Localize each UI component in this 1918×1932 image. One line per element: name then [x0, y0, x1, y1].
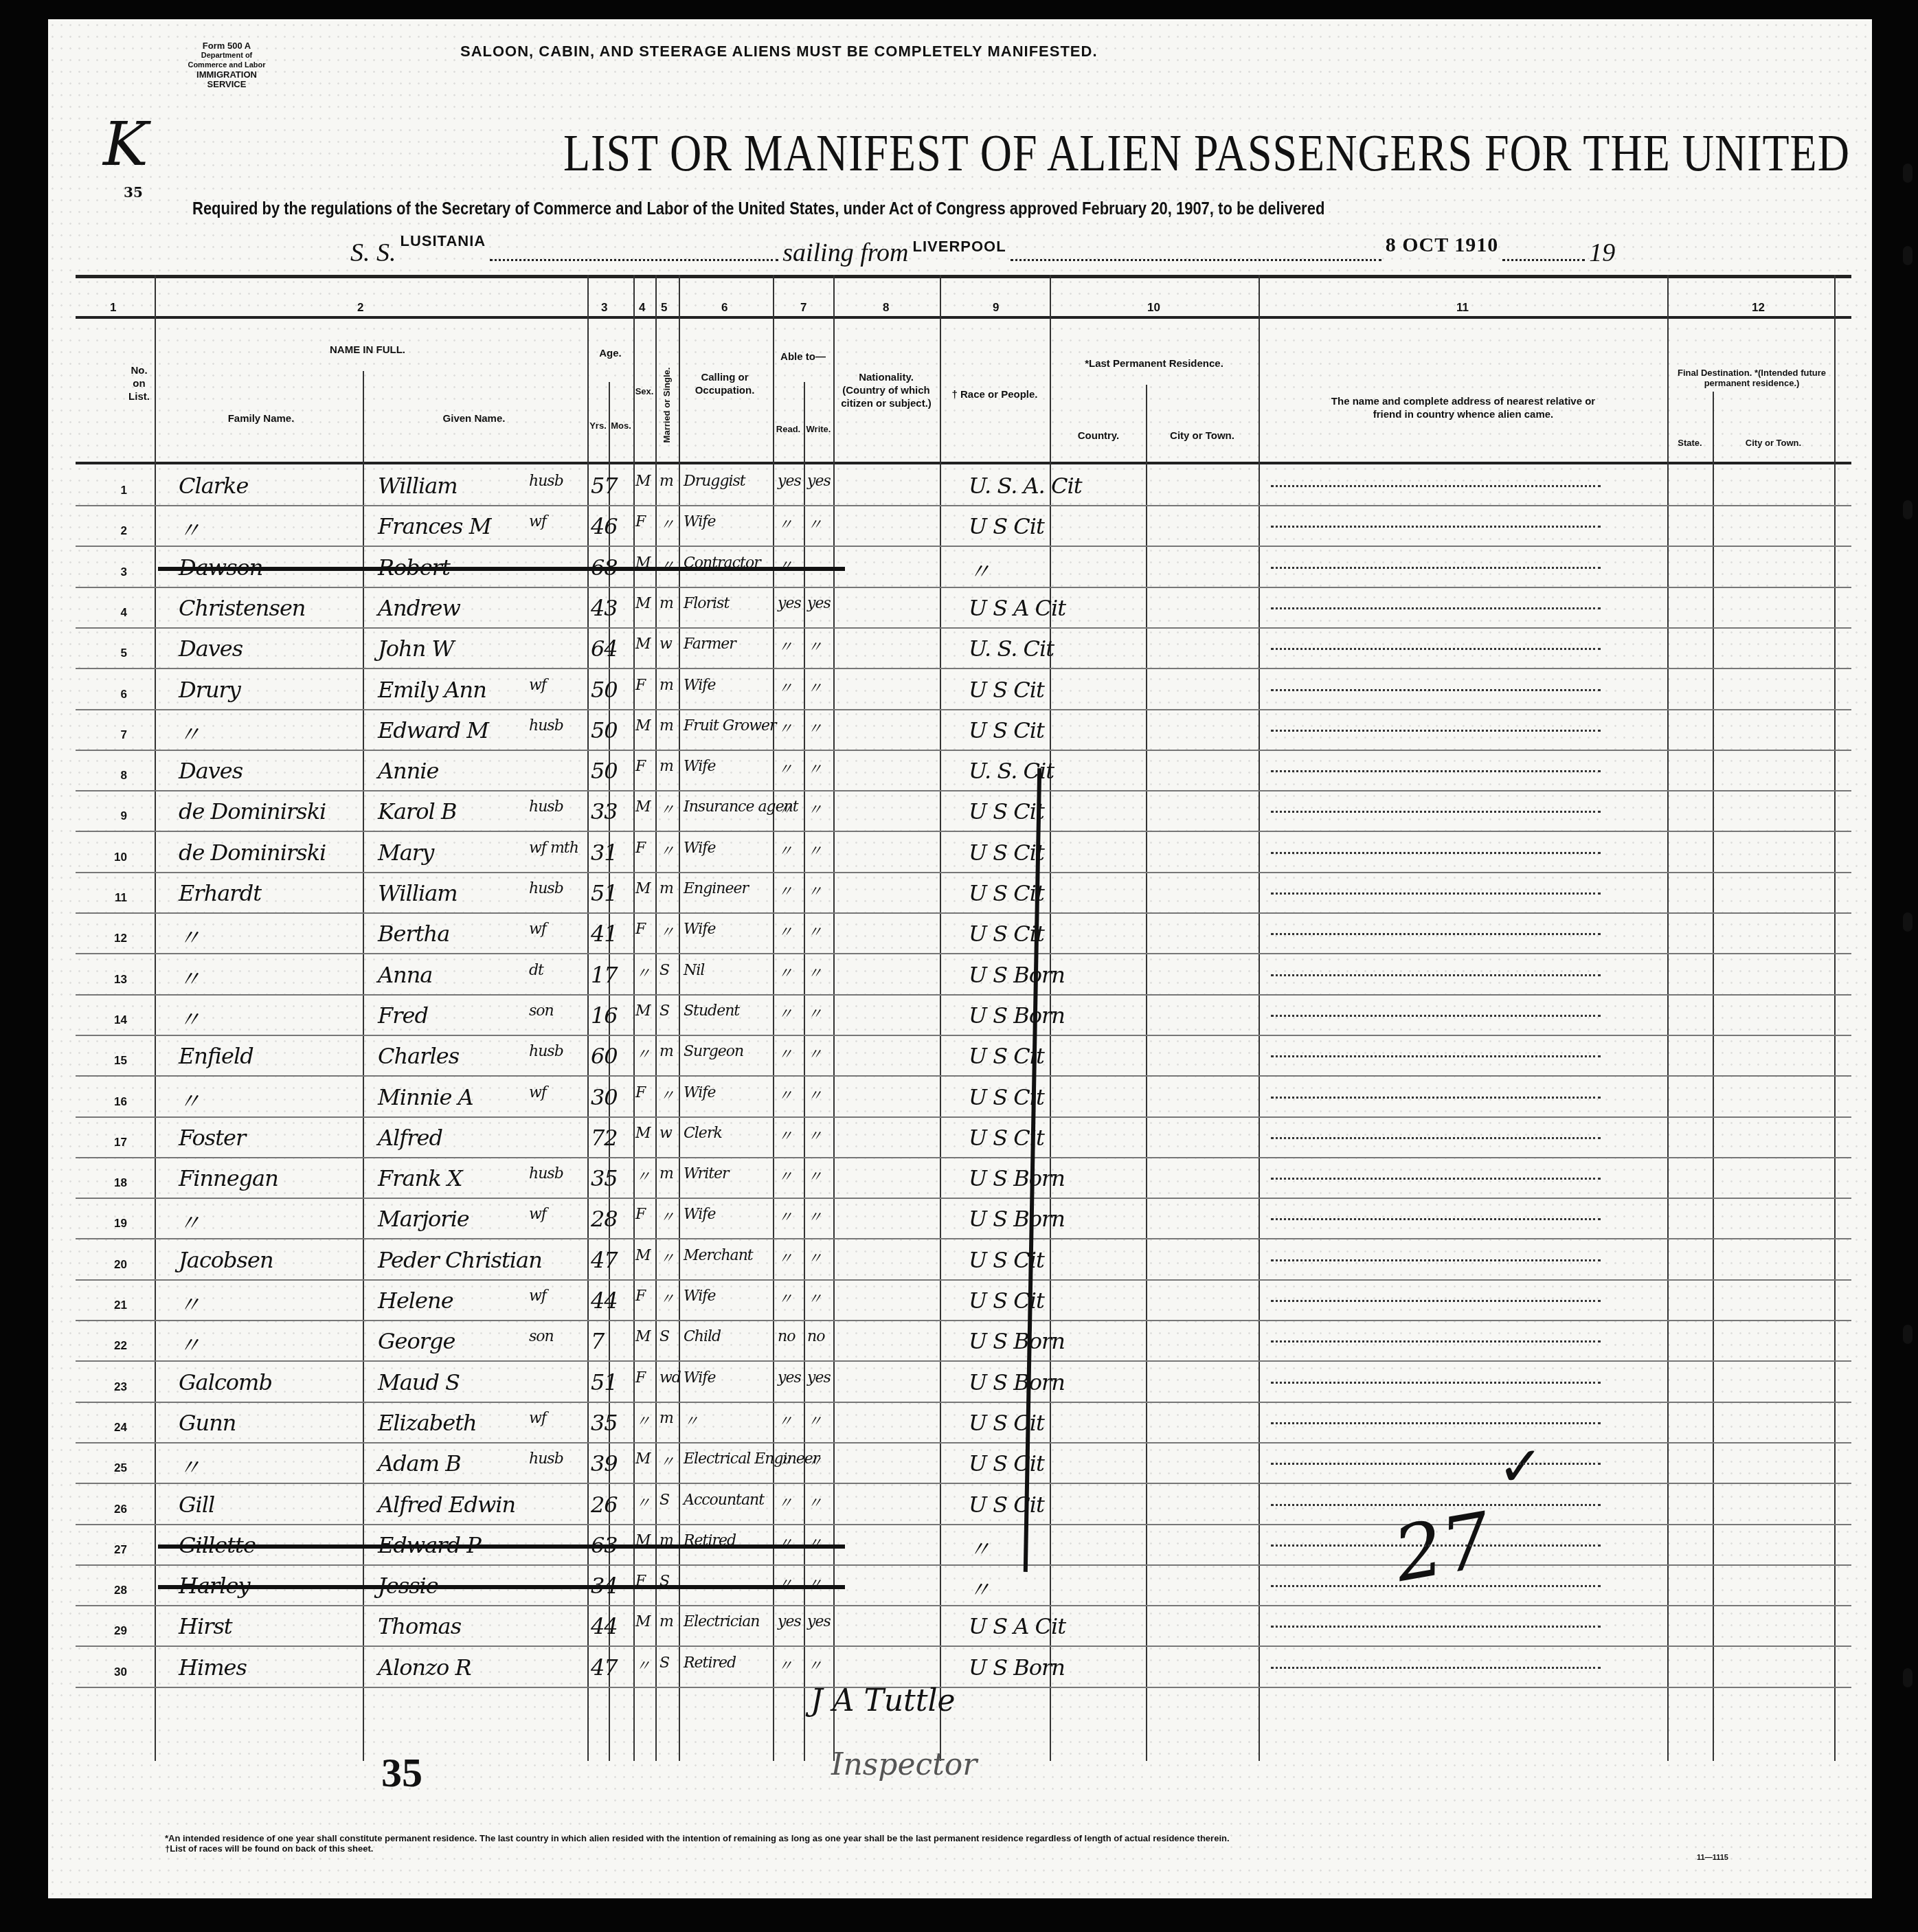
given-name: Peder Christian — [378, 1247, 542, 1273]
can-read: 〃 — [778, 1532, 792, 1553]
can-write: yes — [807, 595, 831, 612]
sex: M — [635, 636, 651, 653]
header-able-to: Able to— — [773, 350, 833, 363]
marital-status: m — [659, 473, 673, 490]
can-write: 〃 — [807, 962, 822, 983]
sex: 〃 — [635, 962, 650, 983]
row-number: 10 — [82, 851, 127, 864]
can-read: yes — [778, 1369, 801, 1386]
can-write: 〃 — [807, 1492, 822, 1513]
family-name: 〃 — [179, 921, 200, 952]
relative-address-line — [1271, 811, 1601, 813]
can-read: 〃 — [778, 717, 792, 739]
margin-number-mark: 35 — [124, 184, 143, 201]
sex: F — [635, 1084, 645, 1101]
print-code: 11—1115 — [1697, 1854, 1728, 1862]
marital-status: 〃 — [659, 1206, 674, 1227]
marital-status: 〃 — [659, 1247, 674, 1268]
relationship: son — [529, 1002, 554, 1020]
ship-name: LUSITANIA — [400, 232, 486, 250]
row-number: 20 — [82, 1258, 127, 1272]
marital-status: S — [659, 1002, 669, 1020]
can-write: 〃 — [807, 513, 822, 535]
given-name: Maud S — [378, 1369, 460, 1395]
can-read: 〃 — [778, 840, 792, 861]
can-write: 〃 — [807, 1084, 822, 1105]
given-name: Marjorie — [378, 1206, 469, 1232]
can-read: 〃 — [778, 798, 792, 820]
given-name: Annie — [378, 758, 439, 784]
marital-status: m — [659, 1410, 673, 1427]
given-name: Frank X — [378, 1165, 462, 1191]
sailing-from-label: sailing from — [782, 238, 908, 268]
relative-address-line — [1271, 852, 1601, 854]
occupation: Wife — [684, 1206, 715, 1223]
marital-status: m — [659, 1613, 673, 1630]
can-read: no — [778, 1328, 795, 1345]
can-read: 〃 — [778, 554, 792, 576]
row-number: 14 — [82, 1013, 127, 1027]
sex: F — [635, 758, 645, 775]
family-name: Clarke — [179, 473, 248, 499]
family-name: 〃 — [179, 1288, 200, 1319]
can-write: 〃 — [807, 1573, 822, 1594]
nationality: U S A Cit — [969, 1613, 1065, 1639]
nationality: U S Cit — [969, 1450, 1044, 1476]
can-read: yes — [778, 595, 801, 612]
row-number: 22 — [82, 1339, 127, 1353]
header-nationality: Nationality. (Country of which citizen o… — [838, 371, 934, 410]
can-read: 〃 — [778, 880, 792, 901]
can-read: 〃 — [778, 758, 792, 779]
can-write: no — [807, 1328, 824, 1345]
can-write: 〃 — [807, 1043, 822, 1064]
relative-address-line — [1271, 526, 1601, 528]
can-read: 〃 — [778, 636, 792, 657]
header-top-rule — [76, 275, 1851, 278]
departure-port: LIVERPOOL — [913, 238, 1006, 256]
relative-address-line — [1271, 730, 1601, 732]
age-years: 41 — [591, 921, 618, 947]
given-name: Charles — [378, 1043, 459, 1069]
header-read: Read. — [773, 423, 804, 436]
sex: M — [635, 1450, 651, 1468]
can-read: 〃 — [778, 677, 792, 698]
can-read: 〃 — [778, 1165, 792, 1187]
can-read: 〃 — [778, 1654, 792, 1676]
year-suffix: 19 — [1589, 238, 1615, 268]
family-name: Daves — [179, 636, 242, 662]
form-department: Department of Commerce and Labor — [182, 51, 271, 70]
header-residence-country: Country. — [1051, 429, 1146, 442]
relative-address-line — [1271, 974, 1601, 976]
binding-hole — [1903, 500, 1913, 519]
header-write: Write. — [804, 423, 833, 436]
strikethrough-line — [158, 1545, 845, 1549]
colnum-rule — [76, 316, 1851, 319]
sex: F — [635, 677, 645, 694]
can-write: 〃 — [807, 1002, 822, 1024]
passenger-tally: 27 — [1388, 1496, 1498, 1599]
footer-note-races: †List of races will be found on back of … — [165, 1843, 1230, 1854]
can-read: yes — [778, 1613, 801, 1630]
nationality: U S Cit — [969, 921, 1044, 947]
row-number: 3 — [82, 565, 127, 579]
marital-status: wd — [659, 1369, 681, 1386]
marital-status: w — [659, 636, 672, 653]
family-name: Gill — [179, 1492, 214, 1518]
nationality: U S Cit — [969, 840, 1044, 866]
ship-name-underline — [490, 255, 778, 261]
regulation-statement: Required by the regulations of the Secre… — [192, 199, 1324, 219]
form-service: IMMIGRATION SERVICE — [182, 70, 271, 89]
given-name: William — [378, 473, 458, 499]
header-calling-occupation: Calling or Occupation. — [694, 371, 756, 397]
sex: M — [635, 880, 651, 897]
can-read: 〃 — [778, 1084, 792, 1105]
given-name: Anna — [378, 962, 432, 988]
occupation: Electrician — [684, 1613, 759, 1630]
given-name: Alfred — [378, 1125, 442, 1151]
header-dest-state: State. — [1667, 436, 1713, 449]
can-write: 〃 — [807, 1165, 822, 1187]
given-name: Edward M — [378, 717, 488, 743]
departure-date-stamp: 8 OCT 1910 — [1386, 234, 1498, 257]
marital-status: m — [659, 717, 673, 734]
family-name: 〃 — [179, 1206, 200, 1237]
check-mark-icon: ✓ — [1498, 1435, 1544, 1498]
age-years: 60 — [591, 1043, 618, 1069]
given-name: Adam B — [378, 1450, 461, 1476]
age-years: 47 — [591, 1247, 618, 1273]
marital-status: 〃 — [659, 513, 674, 535]
header-race: † Race or People. — [941, 388, 1048, 401]
nationality: U S Born — [969, 1654, 1065, 1681]
sex: M — [635, 1002, 651, 1020]
given-name: Alonzo R — [378, 1654, 471, 1681]
relationship: wf — [529, 1084, 546, 1101]
age-years: 50 — [591, 717, 618, 743]
sex: F — [635, 1369, 645, 1386]
relationship: husb — [529, 473, 563, 490]
row-number: 21 — [82, 1299, 127, 1312]
can-read: 〃 — [778, 1206, 792, 1227]
strikethrough-line — [158, 1585, 845, 1589]
inspector-title: Inspector — [831, 1747, 977, 1782]
relative-address-line — [1271, 1585, 1601, 1587]
row-number: 15 — [82, 1054, 127, 1068]
family-name: Finnegan — [179, 1165, 278, 1191]
age-years: 47 — [591, 1654, 618, 1681]
nationality: U S Born — [969, 962, 1065, 988]
header-no-on-list: No. on List. — [124, 364, 155, 403]
family-name: Daves — [179, 758, 242, 784]
row-number: 19 — [82, 1217, 127, 1231]
occupation: Writer — [684, 1165, 729, 1182]
marital-status: m — [659, 1043, 673, 1060]
nationality: 〃 — [969, 1532, 990, 1564]
age-years: 31 — [591, 840, 618, 866]
sex: M — [635, 1613, 651, 1630]
given-name: Elizabeth — [378, 1410, 477, 1436]
binding-hole — [1903, 164, 1913, 183]
sex: F — [635, 921, 645, 938]
age-years: 33 — [591, 798, 618, 824]
can-read: 〃 — [778, 1410, 792, 1431]
binding-hole — [1903, 1325, 1913, 1344]
family-name: Erhardt — [179, 880, 261, 906]
can-read: 〃 — [778, 1450, 792, 1472]
sex: F — [635, 1288, 645, 1305]
family-name: de Dominirski — [179, 798, 326, 824]
nationality: U S Cit — [969, 1288, 1044, 1314]
column-number: 7 — [800, 301, 806, 315]
family-name: 〃 — [179, 1084, 200, 1116]
given-name: Andrew — [378, 595, 460, 621]
row-number: 4 — [82, 606, 127, 620]
relationship: son — [529, 1328, 554, 1345]
document-title: LIST OR MANIFEST OF ALIEN PASSENGERS FOR… — [563, 122, 1850, 183]
marital-status: 〃 — [659, 1084, 674, 1105]
can-read: 〃 — [778, 1002, 792, 1024]
column-number: 12 — [1752, 301, 1765, 315]
relationship: wf — [529, 1206, 546, 1223]
given-name: Bertha — [378, 921, 449, 947]
nationality: U S Born — [969, 1206, 1065, 1232]
relative-address-line — [1271, 892, 1601, 895]
nationality: U. S. Cit — [969, 636, 1054, 662]
row-number: 26 — [82, 1503, 127, 1516]
relative-address-line — [1271, 1137, 1601, 1139]
footer-note-residence: *An intended residence of one year shall… — [165, 1833, 1230, 1843]
marital-status: 〃 — [659, 554, 674, 576]
family-name: Galcomb — [179, 1369, 272, 1395]
occupation: Electrical Engineer — [684, 1450, 819, 1468]
column-number: 3 — [601, 301, 607, 315]
relationship: wf — [529, 513, 546, 530]
nationality: U S Born — [969, 1165, 1065, 1191]
nationality: U S A Cit — [969, 595, 1065, 621]
occupation: Wife — [684, 513, 715, 530]
column-number: 10 — [1147, 301, 1160, 315]
given-name: Helene — [378, 1288, 453, 1314]
age-years: 50 — [591, 758, 618, 784]
relative-address-line — [1271, 1504, 1601, 1506]
age-years: 46 — [591, 513, 618, 539]
family-name: 〃 — [179, 962, 200, 993]
sex: M — [635, 798, 651, 816]
relationship: husb — [529, 1450, 563, 1468]
occupation: Merchant — [684, 1247, 753, 1264]
can-read: 〃 — [778, 1573, 792, 1594]
margin-letter-mark: K — [103, 109, 148, 179]
relative-address-line — [1271, 607, 1601, 609]
strikethrough-line — [158, 567, 845, 571]
relative-address-line — [1271, 1422, 1601, 1424]
age-years: 28 — [591, 1206, 618, 1232]
relative-address-line — [1271, 1667, 1601, 1669]
marital-status: m — [659, 758, 673, 775]
can-write: 〃 — [807, 1654, 822, 1676]
occupation: Child — [684, 1328, 721, 1345]
can-read: 〃 — [778, 1043, 792, 1064]
occupation: 〃 — [684, 1410, 698, 1431]
given-name: Frances M — [378, 513, 490, 539]
family-name: Jacobsen — [179, 1247, 273, 1273]
relative-address-line — [1271, 1055, 1601, 1057]
given-name: William — [378, 880, 458, 906]
occupation: Surgeon — [684, 1043, 743, 1060]
relative-address-line — [1271, 1259, 1601, 1261]
sex: 〃 — [635, 1165, 650, 1187]
age-years: 51 — [591, 1369, 618, 1395]
row-number: 17 — [82, 1136, 127, 1149]
age-years: 64 — [591, 636, 618, 662]
header-mos: Mos. — [609, 419, 633, 432]
can-write: 〃 — [807, 636, 822, 657]
sex: F — [635, 1206, 645, 1223]
nationality: U S Cit — [969, 1492, 1044, 1518]
header-age: Age. — [587, 347, 633, 360]
relationship: wf mth — [529, 840, 578, 857]
nationality: U S Born — [969, 1369, 1065, 1395]
given-name: Mary — [378, 840, 433, 866]
occupation: Engineer — [684, 880, 748, 897]
nationality: U S Cit — [969, 717, 1044, 743]
can-write: yes — [807, 1613, 831, 1630]
header-residence-city: City or Town. — [1146, 429, 1259, 442]
sex: M — [635, 1247, 651, 1264]
row-number: 8 — [82, 769, 127, 783]
marital-status: 〃 — [659, 1288, 674, 1309]
can-read: 〃 — [778, 1288, 792, 1309]
date-underline — [1502, 255, 1585, 261]
can-read: yes — [778, 473, 801, 490]
can-write: 〃 — [807, 1410, 822, 1431]
binding-hole — [1903, 912, 1913, 932]
can-write: 〃 — [807, 758, 822, 779]
header-dest-city: City or Town. — [1713, 436, 1834, 449]
family-name: 〃 — [179, 1450, 200, 1482]
family-name: Himes — [179, 1654, 247, 1681]
occupation: Clerk — [684, 1125, 722, 1142]
occupation: Retired — [684, 1654, 736, 1672]
column-number: 1 — [110, 301, 116, 315]
header-family-name: Family Name. — [192, 412, 330, 425]
given-name: Thomas — [378, 1613, 461, 1639]
row-number: 6 — [82, 688, 127, 701]
can-write: 〃 — [807, 840, 822, 861]
age-years: 17 — [591, 962, 618, 988]
can-read: 〃 — [778, 1247, 792, 1268]
form-number: Form 500 A — [182, 41, 271, 51]
form-identifier: Form 500 A Department of Commerce and La… — [182, 41, 271, 89]
column-number: 4 — [639, 301, 645, 315]
row-number: 28 — [82, 1584, 127, 1597]
sex: 〃 — [635, 1410, 650, 1431]
age-years: 57 — [591, 473, 618, 499]
age-years: 26 — [591, 1492, 618, 1518]
can-write: 〃 — [807, 798, 822, 820]
occupation: Farmer — [684, 636, 736, 653]
age-years: 43 — [591, 595, 618, 621]
family-name: Drury — [179, 677, 240, 703]
header-final-destination: Final Destination. *(Intended future per… — [1676, 368, 1827, 388]
sex: 〃 — [635, 1654, 650, 1676]
given-name: Fred — [378, 1002, 428, 1029]
row-number: 16 — [82, 1095, 127, 1109]
occupation: Wife — [684, 758, 715, 775]
row-number: 18 — [82, 1176, 127, 1190]
footer-notes: *An intended residence of one year shall… — [165, 1833, 1230, 1854]
given-name: Alfred Edwin — [378, 1492, 515, 1518]
can-write: 〃 — [807, 1532, 822, 1553]
row-number: 24 — [82, 1421, 127, 1435]
occupation: Florist — [684, 595, 729, 612]
given-name: Minnie A — [378, 1084, 473, 1110]
row-number: 30 — [82, 1665, 127, 1679]
occupation: Wife — [684, 1369, 715, 1386]
family-name: 〃 — [179, 513, 200, 545]
given-name: George — [378, 1328, 455, 1354]
given-name: Emily Ann — [378, 677, 486, 703]
relationship: wf — [529, 677, 546, 694]
relative-address-line — [1271, 1626, 1601, 1628]
sex: 〃 — [635, 1043, 650, 1064]
age-years: 44 — [591, 1288, 618, 1314]
relationship: wf — [529, 1410, 546, 1427]
family-name: Enfield — [179, 1043, 253, 1069]
occupation: Wife — [684, 1084, 715, 1101]
sex: M — [635, 717, 651, 734]
passenger-table: 1 2 3 4 5 6 7 8 9 10 11 12 No. on List. … — [76, 275, 1851, 1761]
nationality: 〃 — [969, 554, 990, 586]
family-name: Christensen — [179, 595, 305, 621]
relationship: husb — [529, 798, 563, 816]
family-name: de Dominirski — [179, 840, 326, 866]
sex: M — [635, 1328, 651, 1345]
relationship: wf — [529, 921, 546, 938]
ss-label: S. S. — [350, 238, 396, 268]
relative-address-line — [1271, 1015, 1601, 1017]
sex: F — [635, 840, 645, 857]
relative-address-line — [1271, 689, 1601, 691]
column-number: 8 — [883, 301, 889, 315]
relative-address-line — [1271, 1340, 1601, 1343]
column-number: 6 — [721, 301, 727, 315]
relative-address-line — [1271, 933, 1601, 935]
relative-address-line — [1271, 1097, 1601, 1099]
column-number: 9 — [993, 301, 999, 315]
family-name: 〃 — [179, 1328, 200, 1360]
sex: 〃 — [635, 1492, 650, 1513]
occupation: Student — [684, 1002, 739, 1020]
marital-status: S — [659, 962, 669, 979]
can-read: 〃 — [778, 921, 792, 942]
row-number: 5 — [82, 647, 127, 660]
relationship: husb — [529, 1043, 563, 1060]
nationality: U S Born — [969, 1328, 1065, 1354]
nationality: U S Cit — [969, 1410, 1044, 1436]
age-years: 16 — [591, 1002, 618, 1029]
row-number: 12 — [82, 932, 127, 945]
can-write: yes — [807, 473, 831, 490]
column-number: 2 — [357, 301, 363, 315]
relative-address-line — [1271, 1463, 1601, 1465]
row-number: 7 — [82, 728, 127, 742]
row-number: 9 — [82, 809, 127, 823]
port-underline — [1011, 255, 1381, 261]
